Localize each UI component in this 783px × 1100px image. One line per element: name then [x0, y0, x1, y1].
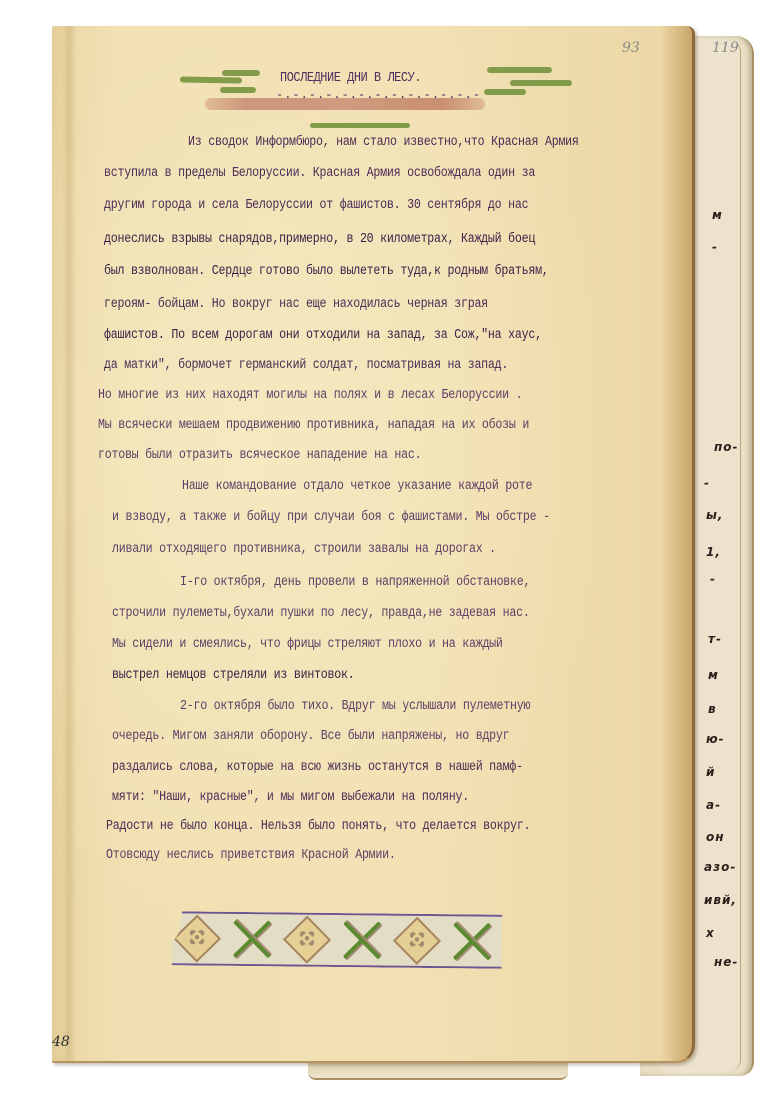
- margin-fragment: в: [708, 702, 717, 716]
- green-brush-stroke: [220, 87, 256, 93]
- embroidery-ornament: [172, 911, 503, 968]
- cross-stitch-motif-icon: [338, 917, 384, 963]
- margin-fragment: ю-: [706, 732, 725, 746]
- text-line: готовы были отразить всяческое нападение…: [98, 447, 421, 463]
- margin-fragment: х: [706, 926, 715, 940]
- margin-fragment: ивй,: [704, 893, 737, 907]
- text-line: очередь. Мигом заняли оборону. Все были …: [112, 728, 509, 744]
- text-line: другим города и села Белоруссии от фашис…: [104, 197, 528, 213]
- text-line: ливали отходящего противника, строили за…: [112, 541, 496, 557]
- text-line: Радости не было конца. Нельзя было понят…: [106, 818, 530, 834]
- bottom-tab: [308, 1060, 568, 1080]
- margin-fragment: м: [712, 208, 723, 222]
- text-line: Отовсюду неслись приветствия Красной Арм…: [106, 847, 396, 863]
- margin-fragment: -: [712, 240, 718, 254]
- text-line: да матки", бормочет германский солдат, п…: [104, 357, 508, 373]
- text-line: и взводу, а также и бойцу при случаи боя…: [112, 509, 550, 525]
- title-underline: -.-.-.-.-.-.-.-.-.-.-.-.-: [276, 88, 481, 102]
- text-line: Но многие из них находят могилы на полях…: [98, 387, 522, 403]
- margin-fragment: не-: [714, 955, 738, 969]
- page-number-bottom: 48: [52, 1034, 70, 1050]
- text-line: вступила в пределы Белоруссии. Красная А…: [104, 165, 535, 181]
- green-brush-stroke: [222, 70, 260, 76]
- green-brush-stroke: [484, 89, 526, 95]
- text-line: Из сводок Информбюро, нам стало известно…: [188, 134, 579, 150]
- text-line: раздались слова, которые на всю жизнь ос…: [112, 759, 523, 775]
- cross-stitch-motif-icon: [228, 916, 274, 962]
- text-line: выстрел немцов стреляли из винтовок.: [112, 667, 354, 683]
- margin-fragment: по-: [714, 440, 739, 454]
- margin-fragment: -: [710, 572, 716, 586]
- diamond-motif-icon: [282, 916, 330, 964]
- text-line: донеслись взрывы снарядов,примерно, в 20…: [104, 231, 535, 247]
- text-line: мяти: "Наши, красные", и мы мигом выбежа…: [112, 789, 469, 805]
- back-sheet-margin-text: м - по- - ы, 1, - т- м в ю- й а- он азо-…: [700, 0, 760, 1100]
- margin-fragment: он: [706, 830, 725, 844]
- margin-fragment: т-: [708, 632, 722, 646]
- text-line: 2-го октября было тихо. Вдруг мы услышал…: [180, 698, 530, 714]
- diamond-motif-icon: [392, 917, 440, 965]
- green-brush-stroke: [510, 80, 572, 86]
- margin-fragment: й: [706, 765, 715, 779]
- margin-fragment: азо-: [704, 860, 736, 874]
- margin-fragment: -: [704, 476, 710, 490]
- text-line: фашистов. По всем дорогам они отходили н…: [104, 327, 542, 343]
- page-number-top: 93: [622, 40, 640, 56]
- text-line: был взволнован. Сердце готово было вылет…: [104, 263, 549, 279]
- margin-fragment: 1,: [706, 545, 721, 559]
- margin-fragment: м: [708, 668, 719, 682]
- green-brush-stroke: [487, 67, 552, 73]
- margin-fragment: а-: [706, 798, 721, 812]
- text-line: строчили пулеметы,бухали пушки по лесу, …: [112, 605, 530, 621]
- text-line: Мы всячески мешаем продвижению противник…: [98, 417, 529, 433]
- green-brush-stroke: [180, 76, 242, 83]
- margin-fragment: ы,: [706, 508, 723, 522]
- cross-stitch-motif-icon: [448, 918, 494, 964]
- text-line: Мы сидели и смеялись, что фрицы стреляют…: [112, 636, 503, 652]
- text-line: Наше командование отдало четкое указание…: [182, 478, 532, 494]
- text-line: I-го октября, день провели в напряженной…: [180, 574, 530, 590]
- page-title: ПОСЛЕДНИЕ ДНИ В ЛЕСУ.: [280, 70, 421, 86]
- text-line: героям- бойцам. Но вокруг нас еще находи…: [104, 296, 488, 312]
- green-brush-stroke: [310, 123, 410, 128]
